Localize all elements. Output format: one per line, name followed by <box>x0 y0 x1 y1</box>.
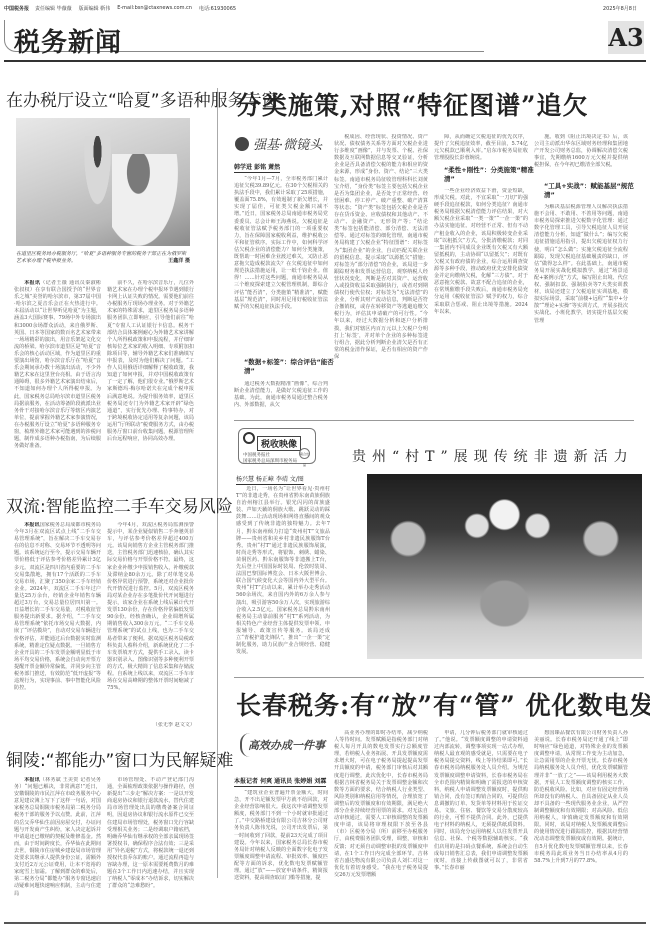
article-guizhou-body: 近日，一场名为“让世界看见·贵州村T”的非遗走秀，在贵州省黔东南苗族侗族自治州榕… <box>236 486 330 658</box>
article-shuangliu-col2: 今年4月，双流区税务局监测预警提示中，某企业疑似销售二手奔驰英菲车，与评估参考价… <box>107 522 194 722</box>
article-text: 施。收到《阻止出境决定书》后，该公司主动派出华东区域财务经理和集团地产开发公司财… <box>534 134 628 169</box>
seal-icon <box>235 137 249 151</box>
article-text: 一些企业经济效益下滑，资金短缺，形成欠税。对此，不宜采取“一刀切”的强硬手段追征… <box>434 188 528 316</box>
article-zhuijian-col4: 施。收到《阻止出境决定书》后，该公司主动派出华东区域财务经理和集团地产开发公司财… <box>534 134 628 178</box>
paper-name: 中国税务报 <box>4 5 29 12</box>
article-zhuijian-col1: “今年1月—7月，全市税务部门累计追征欠税39.89亿元。在30个欠税相关的执法… <box>234 176 328 334</box>
article-changchun-byline: 本报记者 何爽 通讯员 张婷娟 刘霖 <box>234 776 326 787</box>
article-hasha-photo <box>16 118 190 246</box>
editor-credit: 责任编辑 毕薇薇 <box>35 5 72 12</box>
article-text: “问题已解决，非常满意!”近日，安徽铜陵的市民江萍在市政务服务中心意见建议簿上写… <box>14 784 101 896</box>
lead-tag: 本报讯 <box>24 777 40 783</box>
photo-figures <box>367 474 642 659</box>
contact-phone: 电话:61930065 <box>199 5 236 12</box>
article-changchun-col1: “建筑业企业普遍开票金额大，时间急，开不出足额发票甲方就不给回款，对企业经营影响… <box>234 790 328 910</box>
article-text: 障，从而确定欠税追征的优先次序，提升了欠税追征效率，截至目前，5.74亿元欠税款… <box>434 134 528 162</box>
column-logo-qiangji: 强基·微镜头 <box>235 134 322 153</box>
page-number: A3 <box>608 21 644 54</box>
article-tongling-col2: 市场管理处、不动产登记部门沟通，全面梳理政策依据与操作路径，创新提出“三步走”解… <box>107 777 194 917</box>
badge-org-2: 国家税务总局深圳市税务局 <box>243 459 311 465</box>
article-zhuijian-col1b: 通过税务大数据精准“画像”，综合判断企业清偿能力，是做好欠税追征工作的基础。为此… <box>234 381 328 409</box>
article-text: 前不久，在哈尔滨音乐厅，几位外籍艺术家在办理个税申报环节遇到银行卡网上认证失败的… <box>107 280 194 443</box>
article-guizhou-byline: 杨兴慧 杨正嶂 李靖 文/图 <box>236 474 304 485</box>
article-zhuijian-col4b: 为解决基层税源管理人员解决执法措施不会用、不敢用、不善用等问题，南通市税务局探索… <box>534 204 628 410</box>
article-changchun-col3: 申请，几分钟后税务部门就审核通过了。”他说。“发票额度调整的申请资料通过内部流转… <box>434 730 528 910</box>
article-text: “建筑业企业普遍开票金额大，时间急，开不出足额发票甲方就不给回款，对企业经营影响… <box>234 790 328 882</box>
article-changchun-headline: 长春税务:有“放”有“管” 优化数电发票赋额管理 <box>236 686 650 722</box>
issue-date: 2025年8月8日 <box>603 5 637 12</box>
lead-tag: 本报讯 <box>24 280 40 286</box>
section-header: 税务新闻 A3 <box>4 18 644 56</box>
article-shuangliu-col1: 本报讯国家税务总局成都市税务局今年3月在双流区试点上线“二手车交易管理系统”，旨… <box>14 522 101 732</box>
column-logo-efficient: 高效办成一件事 <box>240 733 331 757</box>
contact-email: E-mail:bsn@ctaxnews.com.cn <box>117 5 192 11</box>
lead-tag: 本报讯 <box>24 522 39 528</box>
author-credit: （张无季 赵文文） <box>153 722 195 728</box>
article-guizhou-headline: 贵州“村T”展现传统非遗新活力 <box>352 446 634 466</box>
article-hasha-col1: 本报讯（记者王薇 通讯员秦淑彬 张叔权）在享有联合国授予的“世界音乐之城”美誉的… <box>14 280 101 462</box>
article-text: 申请，几分钟后税务部门就审核通过了。”他说。“发票额度调整的申请资料通过内部流转… <box>434 730 528 872</box>
article-tongling-col1: 本报讯（林务斌 王美贺 记者吴务务）“问题已解决，非常满意!”近日，安徽铜陵的市… <box>14 777 101 917</box>
article-shuangliu-author: （张无季 赵文文） <box>140 722 195 730</box>
badge-title: 税收映像 <box>257 436 301 451</box>
article-tongling-headline: 铜陵:“都能办”窗口为民解疑难 <box>6 746 233 771</box>
article-text: 税成因、经营现状、投资情况、资产状况、债权债务关系等方面对欠税企业进行多维度“画… <box>334 134 428 361</box>
article-text: 国家税务总局成都市税务局今年3月在双流区试点上线“二手车交易管理系统”，旨在解决… <box>14 522 101 691</box>
article-changchun-col2: 高业务办理的即时办结率，减少纳税人等待时间。发票赋额是指税务部门对纳税人每月开具… <box>334 730 428 910</box>
column-logo-text: 强基·微镜头 <box>253 134 322 153</box>
article-text: 在享有联合国授予的“世界音乐之城”美誉的哈尔滨市，第37届中国·哈尔滨之夏音乐会… <box>14 287 101 449</box>
photo-column-badge: 税收映像 中国税务报社 国家税务总局深圳市税务局 联合出品 <box>238 428 316 464</box>
article-zhuijian-col3: 障，从而确定欠税追征的优先次序，提升了欠税追征效率，截至目前，5.74亿元欠税款… <box>434 134 528 164</box>
article-hasha-caption: 在道里区税务局办税服务厅，“哈夏”多语种服务专窗的税务干部正在为俄罗斯艺术家办理… <box>16 251 190 265</box>
photo-credit: 王鑫洋 摄 <box>168 258 190 265</box>
article-zhuijian-subhead-2: “柔性+刚性”：分类施策“精准清” <box>444 166 534 184</box>
article-text: 高业务办理的即时办结率，减少纳税人等待时间。发票赋额是指税务部门对纳税人每月开具… <box>334 730 428 879</box>
section-title: 税务新闻 <box>14 22 122 59</box>
article-zhuijian-subhead-1: “数据+标签”：综合评估“能否清” <box>244 358 334 376</box>
header-divider <box>4 60 646 62</box>
article-text: 今年4月，双流区税务局监测预警提示中，某企业疑似销售二手奔驰英菲车，与评估参考价… <box>107 522 194 692</box>
article-text: 市场管理处、不动产登记部门沟通，全面梳理政策依据与操作路径，创新提出“三步走”解… <box>107 777 194 891</box>
article-zhuijian-headline: 分类施策,对照“特征图谱”追欠 <box>236 86 588 122</box>
article-shuangliu-headline: 双流:智能监控二手车交易风险 <box>6 492 233 517</box>
masthead-info-bar: 中国税务报 责任编辑 毕薇薇 版面编辑 靳伟 E-mail:bsn@ctaxne… <box>4 3 646 13</box>
article-zhuijian-subhead-3: “工具+实战”：赋能基层“规范清” <box>544 182 634 200</box>
camera-icon <box>243 432 255 444</box>
article-hasha-col2: 前不久，在哈尔滨音乐厅，几位外籍艺术家在办理个税申报环节遇到银行卡网上认证失败的… <box>107 280 194 480</box>
photo-caption-text: 在道里区税务局办税服务厅，“哈夏”多语种服务专窗的税务干部正在为俄罗斯艺术家办理… <box>16 251 186 264</box>
article-text: 想国臻品餐饮有限公司财务负责人孙美丽说。长春市税务局还开通了线上“即时响应”绿色… <box>534 730 628 865</box>
article-zhuijian-col3b: 一些企业经济效益下滑，资金短缺，形成欠税。对此，不宜采取“一刀切”的强硬手段追征… <box>434 188 528 410</box>
article-text: 通过税务大数据精准“画像”，综合判断企业清偿能力，是做好欠税追征工作的基础。为此… <box>234 381 328 409</box>
article-zhuijian-col2: 税成因、经营现状、投资情况、资产状况、债权债务关系等方面对欠税企业进行多维度“画… <box>334 134 428 410</box>
article-text: “今年1月—7月，全市税务部门累计追征欠税39.89亿元。在30个欠税相关的执法… <box>234 176 328 311</box>
article-text: 为解决基层税源管理人员解决执法措施不会用、不敢用、不善用等问题，南通市税务局探索… <box>534 204 628 325</box>
article-guizhou-photo <box>367 474 642 659</box>
layout-editor-credit: 版面编辑 靳伟 <box>79 5 111 12</box>
article-changchun-col4: 想国臻品餐饮有限公司财务负责人孙美丽说。长春市税务局还开通了线上“即时响应”绿色… <box>534 730 628 910</box>
article-text: 近日，一场名为“让世界看见·贵州村T”的非遗走秀，在贵州省黔东南苗族侗族自治州榕… <box>236 486 330 656</box>
footer-rule <box>4 922 646 924</box>
joint-production-stamp: 联合出品 <box>299 448 310 459</box>
section-divider <box>234 420 634 421</box>
section-divider <box>234 677 644 678</box>
article-zhuijian-byline: 韩学进 彭铭 萧然 <box>234 162 280 173</box>
